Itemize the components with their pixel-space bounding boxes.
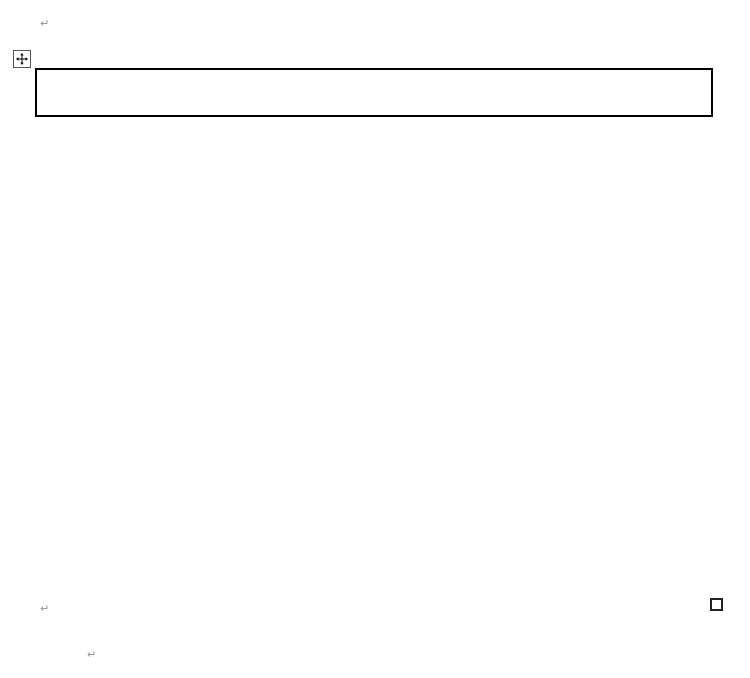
- four-way-arrow-icon: [16, 53, 28, 65]
- paragraph-mark: ↵: [40, 17, 50, 30]
- office-hours-table: [35, 68, 713, 117]
- table-move-handle[interactable]: [13, 50, 31, 68]
- table-header-row: [36, 69, 712, 116]
- table-resize-handle[interactable]: [710, 598, 723, 611]
- paragraph-mark: ↵: [87, 648, 97, 661]
- page-title[interactable]: ↵: [38, 13, 50, 33]
- paragraph-mark: ↵: [40, 602, 50, 615]
- note-line-1[interactable]: ↵: [38, 602, 50, 618]
- note-line-3[interactable]: ↵: [85, 648, 97, 664]
